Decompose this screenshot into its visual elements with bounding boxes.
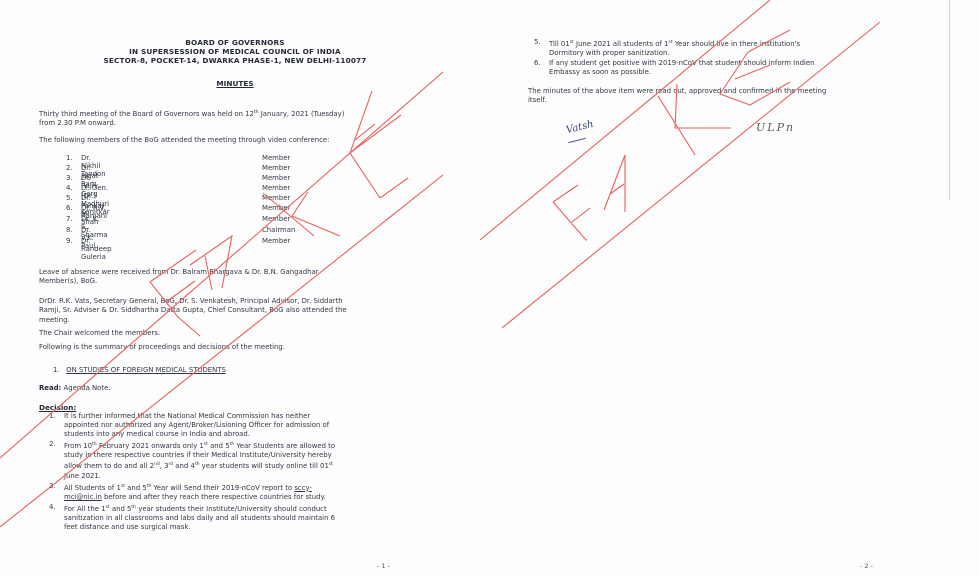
also-attended: DrDr. R.K. Vats, Secretary General, BoG,… (39, 297, 347, 325)
summary-intro: Following is the summary of proceedings … (39, 343, 285, 352)
page-edge-line (949, 0, 950, 200)
chair-welcome: The Chair welcomed the members. (39, 329, 160, 338)
page-number: - 1 - (377, 562, 390, 570)
signature-right: ULPn (756, 121, 795, 134)
meeting-intro: Thirty third meeting of the Board of Gov… (39, 108, 344, 129)
decision-item: 4. For All the 1st and 5th year students… (46, 503, 335, 532)
closing-statement: The minutes of the above item were read … (528, 87, 826, 106)
org-subtitle: IN SUPERSESSION OF MEDICAL COUNCIL OF IN… (0, 47, 470, 56)
org-name: BOARD OF GOVERNORS (0, 38, 470, 47)
org-address: SECTOR-8, POCKET-14, DWARKA PHASE-1, NEW… (0, 56, 470, 65)
signature-left: Vatsh (565, 119, 595, 136)
section-heading: 1. ON STUDIES OF FOREIGN MEDICAL STUDENT… (53, 366, 226, 375)
document-page-2: 5. Till 01st June 2021 all students of 1… (470, 0, 979, 576)
document-page-1: BOARD OF GOVERNORS IN SUPERSESSION OF ME… (0, 0, 470, 576)
decision-item: 6. If any student get positive with 2019… (531, 59, 814, 77)
email-link[interactable]: sccy- (294, 484, 312, 492)
attendance-intro: The following members of the BoG attende… (39, 136, 329, 145)
page-number: - 2 - (860, 562, 873, 570)
decision-list-continued: 5. Till 01st June 2021 all students of 1… (531, 38, 814, 78)
document-title: MINUTES (0, 79, 470, 88)
decision-item: 3. All Students of 1st and 5th Year will… (46, 482, 335, 502)
decision-item: 1. It is further informed that the Natio… (46, 412, 335, 439)
decision-list: 1. It is further informed that the Natio… (46, 412, 335, 533)
decision-item: 5. Till 01st June 2021 all students of 1… (531, 38, 814, 58)
email-link[interactable]: mci@nic.in (64, 493, 102, 501)
decision-item: 2. From 10th February 2021 onwards only … (46, 440, 335, 480)
signature-underline (568, 138, 586, 143)
read-line: Read: Agenda Note. (39, 384, 111, 393)
decision-heading: Decision: (39, 403, 76, 412)
leave-of-absence: Leave of absence were received from Dr. … (39, 268, 319, 287)
